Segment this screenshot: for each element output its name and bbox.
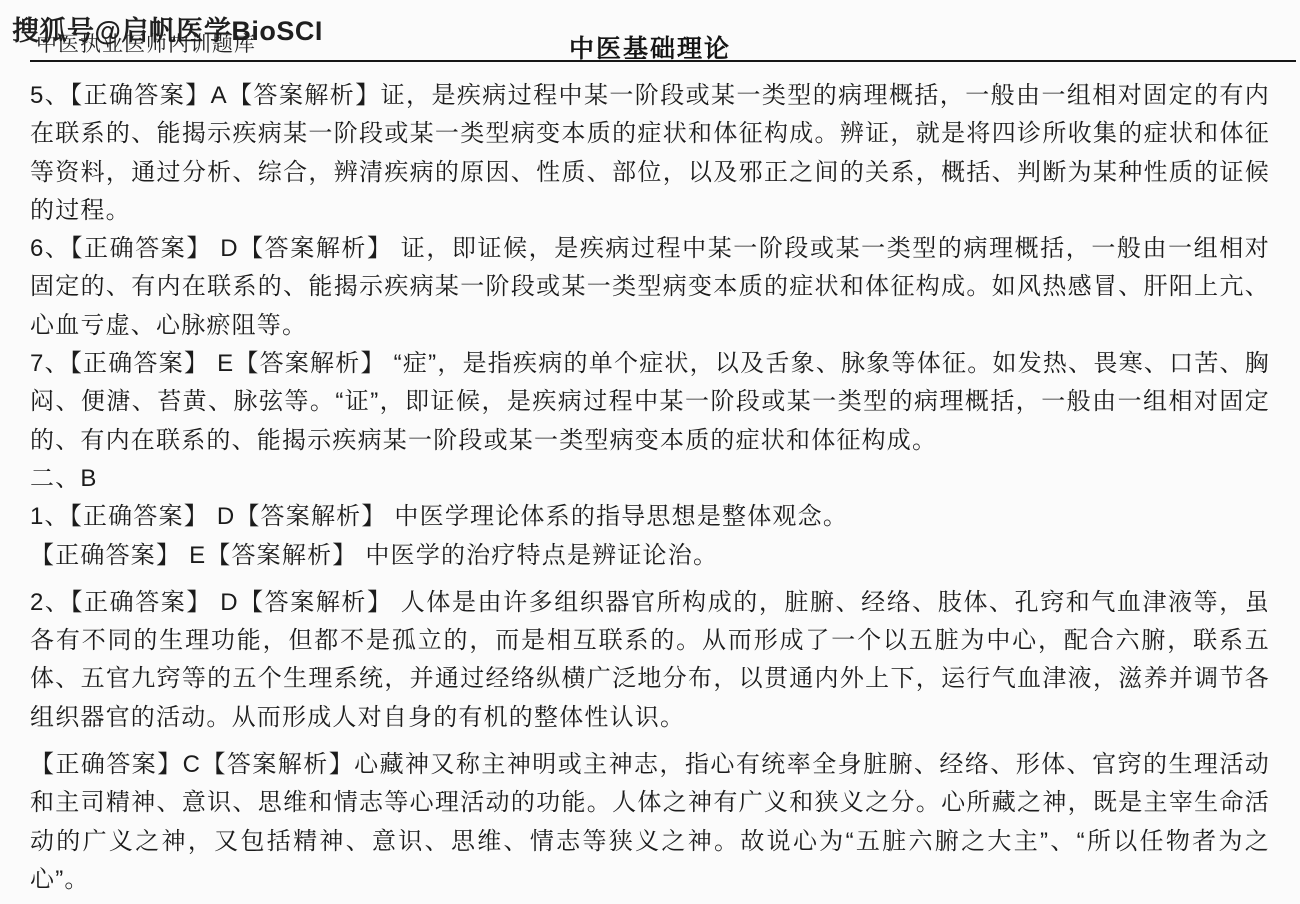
answer-item-c: 【正确答案】C【答案解析】心藏神又称主神明或主神志，指心有统率全身脏腑、经络、形… <box>30 746 1270 899</box>
section-label-b: 二、B <box>30 460 1270 498</box>
answer-item-6: 6、【正确答案】 D【答案解析】 证，即证候，是疾病过程中某一阶段或某一类型的病… <box>30 230 1270 345</box>
answer-item-2: 2、【正确答案】 D【答案解析】 人体是由许多组织器官所构成的，脏腑、经络、肢体… <box>30 584 1270 737</box>
page-header: 中医执业医师内训题库 搜狐号@启帆医学BioSCI 中医基础理论 <box>0 0 1300 62</box>
answer-item-7: 7、【正确答案】 E【答案解析】 “症”，是指疾病的单个症状，以及舌象、脉象等体… <box>30 345 1270 460</box>
document-body: 5、【正确答案】A【答案解析】证，是疾病过程中某一阶段或某一类型的病理概括，一般… <box>0 62 1300 904</box>
answer-item-5: 5、【正确答案】A【答案解析】证，是疾病过程中某一阶段或某一类型的病理概括，一般… <box>30 77 1270 230</box>
answer-item-1-e: 【正确答案】 E【答案解析】 中医学的治疗特点是辨证论治。 <box>30 537 1270 575</box>
answer-item-1-d: 1、【正确答案】 D【答案解析】 中医学理论体系的指导思想是整体观念。 <box>30 498 1270 536</box>
document-page: 中医执业医师内训题库 搜狐号@启帆医学BioSCI 中医基础理论 5、【正确答案… <box>0 0 1300 904</box>
